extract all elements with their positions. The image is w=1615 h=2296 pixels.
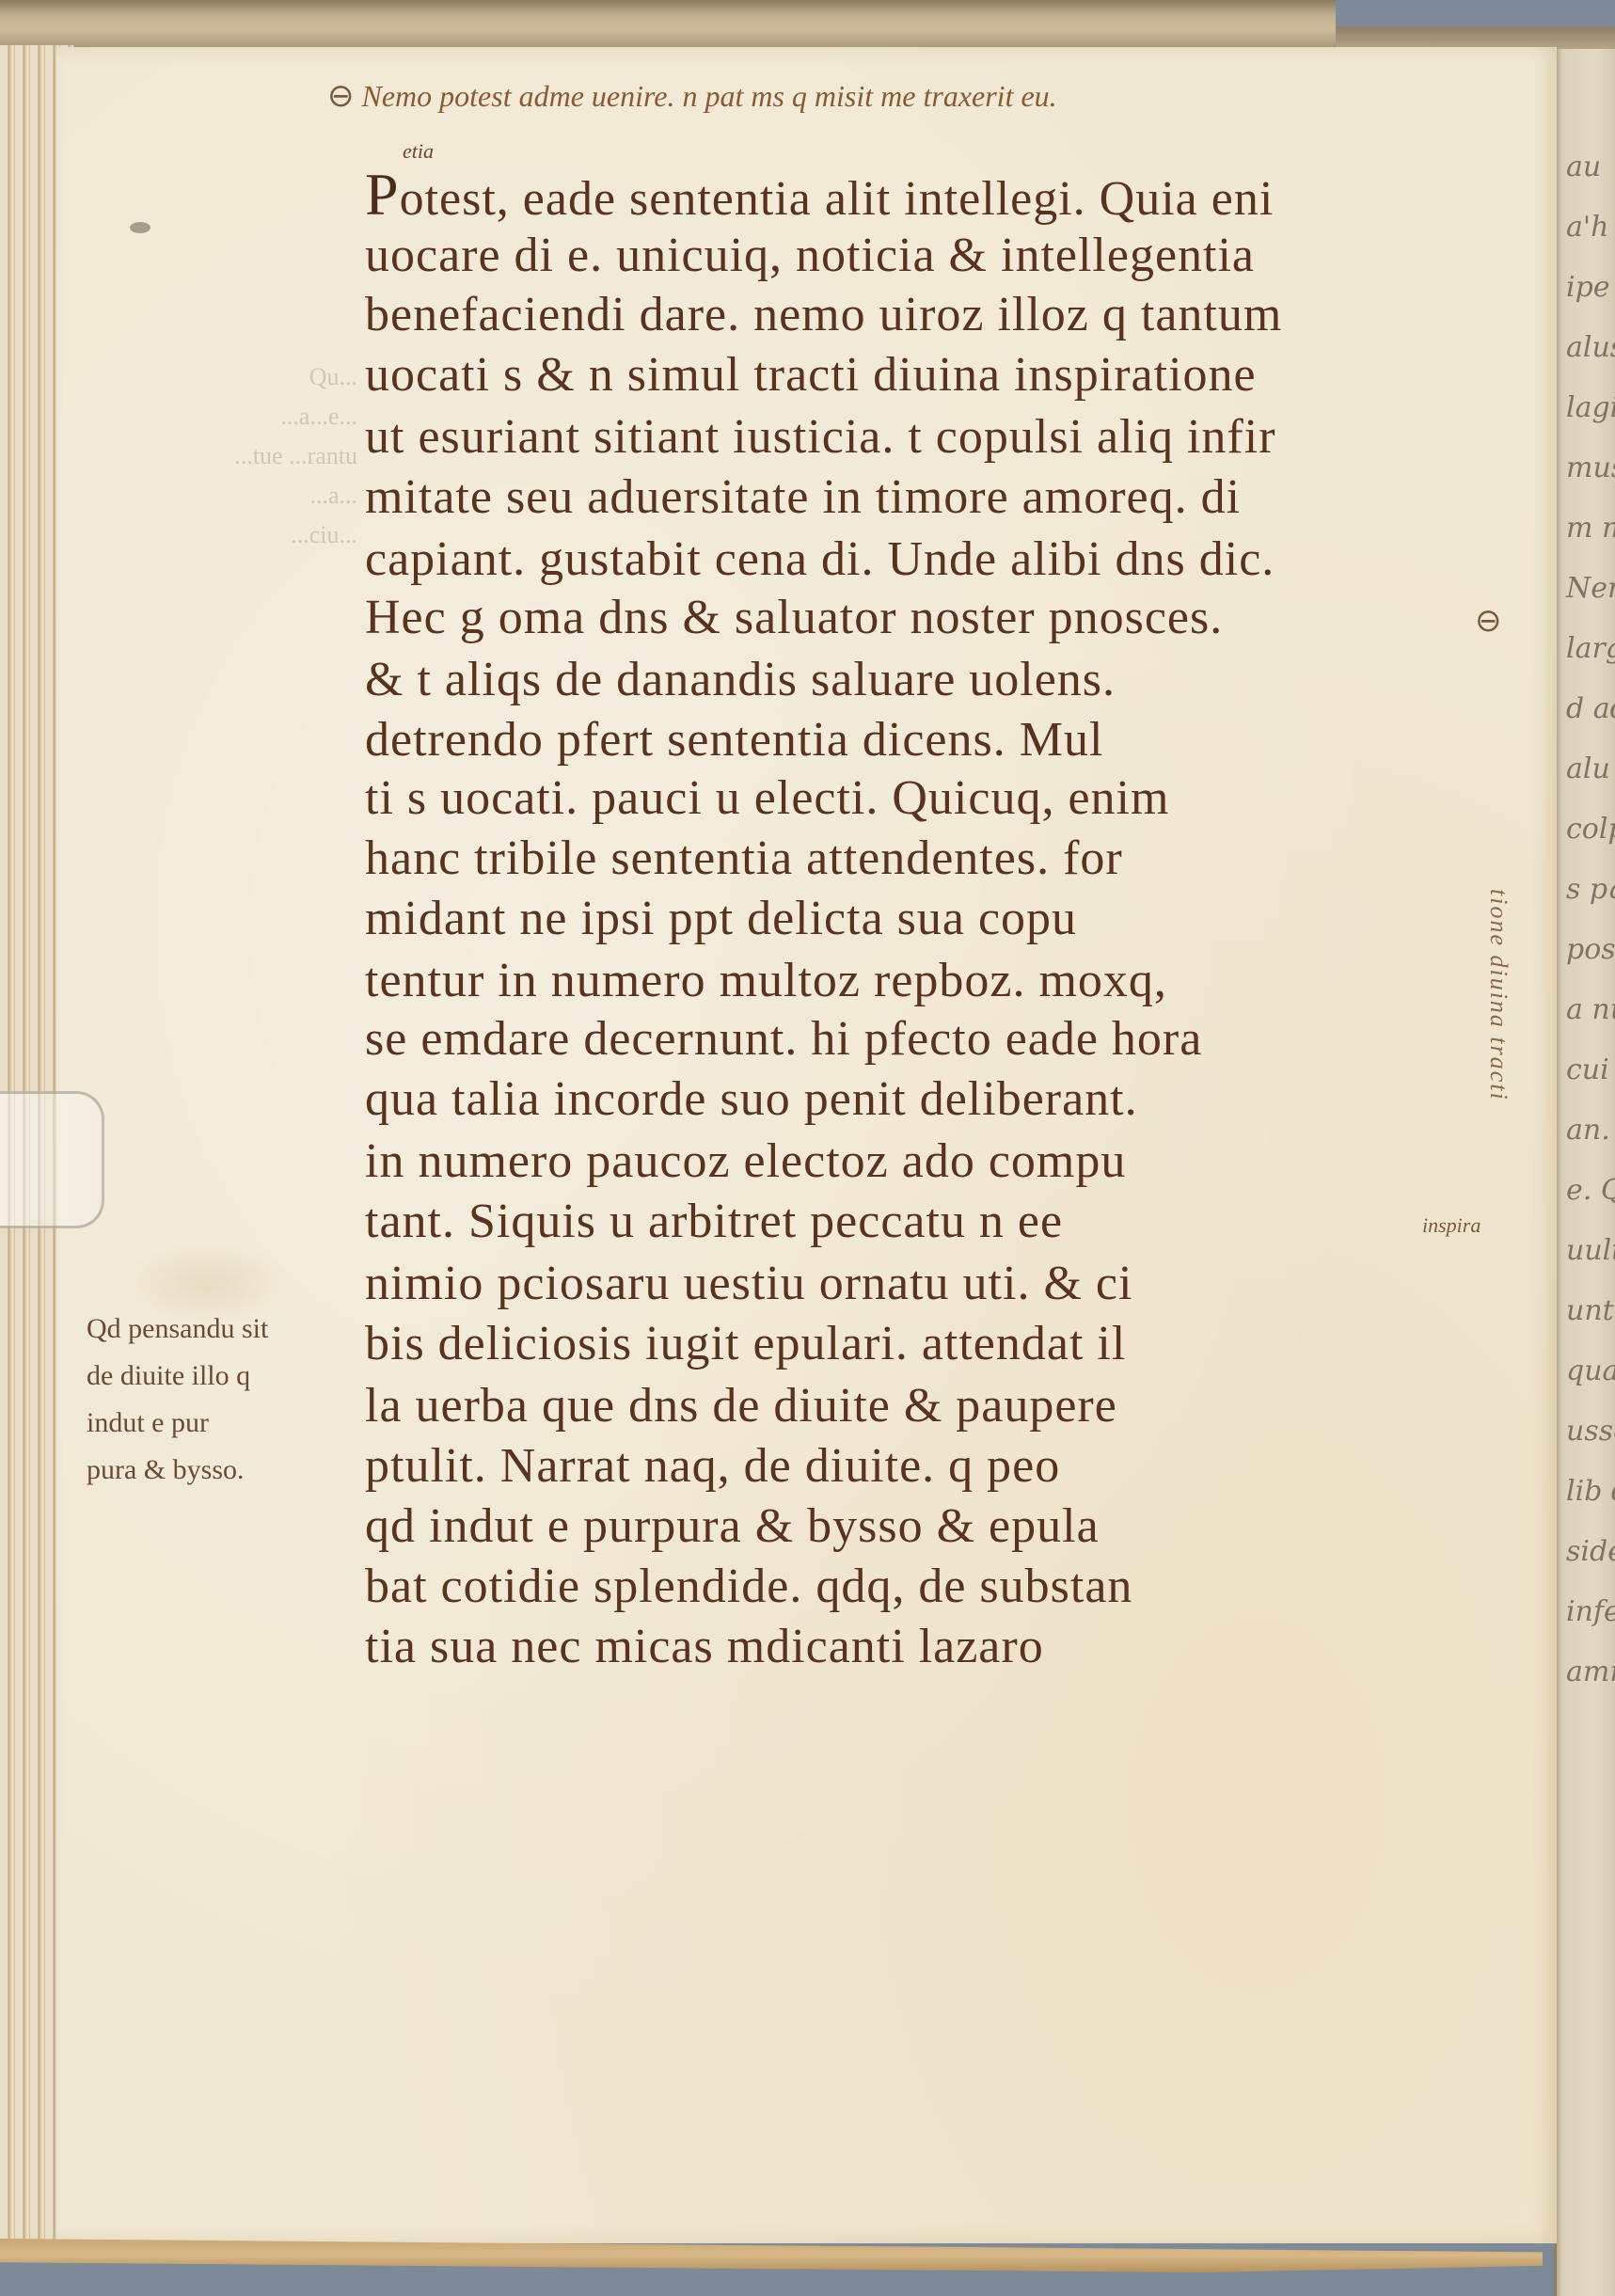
manuscript-line: ti s uocati. pauci u electi. Quicuq, eni… [365, 771, 1169, 826]
line-text: in numero paucoz electoz ado compu [365, 1134, 1126, 1188]
initial-capital: P [365, 161, 400, 228]
line-text: otest, eade sententia alit intellegi. Qu… [400, 172, 1275, 226]
manuscript-line: qua talia incorde suo penit deliberant. [365, 1072, 1138, 1127]
manuscript-line: tant. Siquis u arbitret peccatu n ee [365, 1195, 1063, 1249]
line-text: ut esuriant sitiant iusticia. t copulsi … [365, 410, 1276, 464]
line-text: uocare di e. unicuiq, noticia & intelleg… [365, 229, 1255, 282]
next-page-line: unt adin [1566, 1294, 1615, 1327]
line-text: qd indut e purpura & bysso & epula [365, 1499, 1100, 1553]
line-text: nimio pciosaru uestiu ornatu uti. & ci [365, 1257, 1132, 1310]
right-margin-vertical-gloss: tione diuina tracti [1484, 889, 1512, 1101]
next-page-line: mus [1566, 451, 1615, 484]
next-page-line: alu [1566, 752, 1610, 785]
next-page-line: d ad c [1566, 692, 1615, 725]
manuscript-line: ptulit. Narrat naq, de diuite. q peo [365, 1439, 1060, 1494]
manuscript-line: capiant. gustabit cena di. Unde alibi dn… [365, 532, 1275, 587]
next-page-line: alus [1566, 331, 1615, 364]
line-text: mitate seu aduersitate in timore amoreq.… [365, 470, 1241, 524]
manuscript-line: bis deliciosis iugit epulari. attendat i… [365, 1317, 1126, 1371]
top-note-text: Nemo potest adme uenire. n pat ms q misi… [362, 79, 1057, 113]
line-text: Hec g oma dns & saluator noster pnosces. [365, 591, 1223, 644]
gloss-line: Qd pensandu sit [87, 1306, 369, 1353]
next-page-line: uult pscu [1566, 1234, 1615, 1267]
right-margin-note: inspira [1422, 1213, 1480, 1238]
reference-sign-icon: ⊖ [327, 77, 355, 115]
book-bottom-edge [0, 2239, 1543, 2272]
line-text: uocati s & n simul tracti diuina inspira… [365, 348, 1257, 402]
page-clip [0, 1091, 104, 1228]
manuscript-line: Hec g oma dns & saluator noster pnosces. [365, 591, 1223, 645]
next-page-line: lagi. [1566, 391, 1615, 424]
next-page-line: m ma [1566, 512, 1615, 545]
next-page-line: e. Qd qu [1566, 1174, 1615, 1207]
ghost-line: ...a...e... [141, 397, 357, 436]
ghost-line: ...ciu... [141, 515, 357, 555]
manuscript-line: nimio pciosaru uestiu ornatu uti. & ci [365, 1257, 1132, 1311]
manuscript-line: Potest, eade sententia alit intellegi. Q… [365, 167, 1274, 227]
next-page-line: ipe [1566, 271, 1610, 304]
next-page-line: largu [1566, 632, 1615, 665]
manuscript-line: bat cotidie splendide. qdq, de substan [365, 1560, 1132, 1614]
next-page-line: lib dubit [1566, 1475, 1615, 1508]
manuscript-line: ut esuriant sitiant iusticia. t copulsi … [365, 410, 1276, 465]
line-text: tant. Siquis u arbitret peccatu n ee [365, 1195, 1063, 1248]
manuscript-line: hanc tribile sententia attendentes. for [365, 831, 1123, 886]
next-page-line: Nemo [1566, 572, 1615, 605]
manuscript-line: in numero paucoz electoz ado compu [365, 1134, 1126, 1189]
next-page-line: s pqu [1566, 873, 1615, 906]
ghost-line: Qu... [141, 357, 357, 397]
line-text: detrendo pfert sententia dicens. Mul [365, 713, 1103, 767]
next-page-line: cui mul [1566, 1053, 1615, 1086]
book-top-edge [0, 0, 1336, 49]
next-page-line: qua palu [1566, 1354, 1615, 1387]
line-text: ptulit. Narrat naq, de diuite. q peo [365, 1439, 1060, 1493]
next-page-line: colpa in [1566, 813, 1615, 846]
next-page-line: inferno p [1566, 1595, 1615, 1628]
next-page-line: a'h [1566, 211, 1608, 244]
next-page-line: ammonea [1566, 1655, 1615, 1688]
manuscript-line: se emdare decernunt. hi pfecto eade hora [365, 1012, 1202, 1067]
line-text: tentur in numero multoz repboz. moxq, [365, 954, 1167, 1007]
next-page-strip: aua'hipealuslagi.musm maNemolargud ad ca… [1554, 49, 1615, 2296]
left-margin-gloss: Qd pensandu sitde diuite illo qindut e p… [87, 1306, 369, 1494]
manuscript-line: tia sua nec micas mdicanti lazaro [365, 1620, 1044, 1674]
ghost-line: ...tue ...rantu [141, 436, 357, 476]
ghost-line: ...a... [141, 476, 357, 515]
next-page-line: siderant. [1566, 1535, 1615, 1568]
gloss-line: indut e pur [87, 1400, 369, 1447]
line-text: hanc tribile sententia attendentes. for [365, 831, 1123, 885]
next-page-line: au [1566, 150, 1601, 183]
line-text: tia sua nec micas mdicanti lazaro [365, 1620, 1044, 1673]
manuscript-line: tentur in numero multoz repboz. moxq, [365, 954, 1167, 1008]
line-text: midant ne ipsi ppt delicta sua copu [365, 892, 1077, 945]
manuscript-line: benefaciendi dare. nemo uiroz illoz q ta… [365, 288, 1282, 342]
manuscript-line: midant ne ipsi ppt delicta sua copu [365, 892, 1077, 946]
line-text: bat cotidie splendide. qdq, de substan [365, 1560, 1132, 1613]
line-text: bis deliciosis iugit epulari. attendat i… [365, 1317, 1126, 1370]
next-page-line: a nuon [1566, 993, 1615, 1026]
manuscript-line: qd indut e purpura & bysso & epula [365, 1499, 1100, 1554]
line-text: capiant. gustabit cena di. Unde alibi dn… [365, 532, 1275, 586]
manuscript-line: mitate seu aduersitate in timore amoreq.… [365, 470, 1241, 525]
manuscript-line: & t aliqs de danandis saluare uolens. [365, 653, 1116, 707]
line-text: la uerba que dns de diuite & paupere [365, 1379, 1117, 1433]
manuscript-line: uocare di e. unicuiq, noticia & intelleg… [365, 229, 1255, 283]
manuscript-line: uocati s & n simul tracti diuina inspira… [365, 348, 1257, 403]
line-text: qua talia incorde suo penit deliberant. [365, 1072, 1138, 1126]
bleed-through-text: Qu......a...e......tue ...rantu...a.....… [141, 357, 357, 555]
next-page-line: possum [1566, 933, 1615, 966]
line-text: ti s uocati. pauci u electi. Quicuq, eni… [365, 771, 1169, 825]
line-text: & t aliqs de danandis saluare uolens. [365, 653, 1116, 706]
manuscript-line: detrendo pfert sententia dicens. Mul [365, 713, 1103, 768]
line-text: se emdare decernunt. hi pfecto eade hora [365, 1012, 1202, 1066]
interlinear-gloss: etia [403, 139, 434, 164]
reference-sign-icon: ⊖ [1475, 602, 1502, 640]
next-page-line: usserunt [1566, 1415, 1615, 1448]
next-page-line: an. ut [1566, 1114, 1615, 1147]
gloss-line: pura & bysso. [87, 1447, 369, 1494]
ink-stain [130, 222, 150, 233]
top-margin-note: ⊖ Nemo potest adme uenire. n pat ms q mi… [327, 77, 1057, 115]
gloss-line: de diuite illo q [87, 1353, 369, 1400]
manuscript-line: la uerba que dns de diuite & paupere [365, 1379, 1117, 1433]
line-text: benefaciendi dare. nemo uiroz illoz q ta… [365, 288, 1282, 341]
